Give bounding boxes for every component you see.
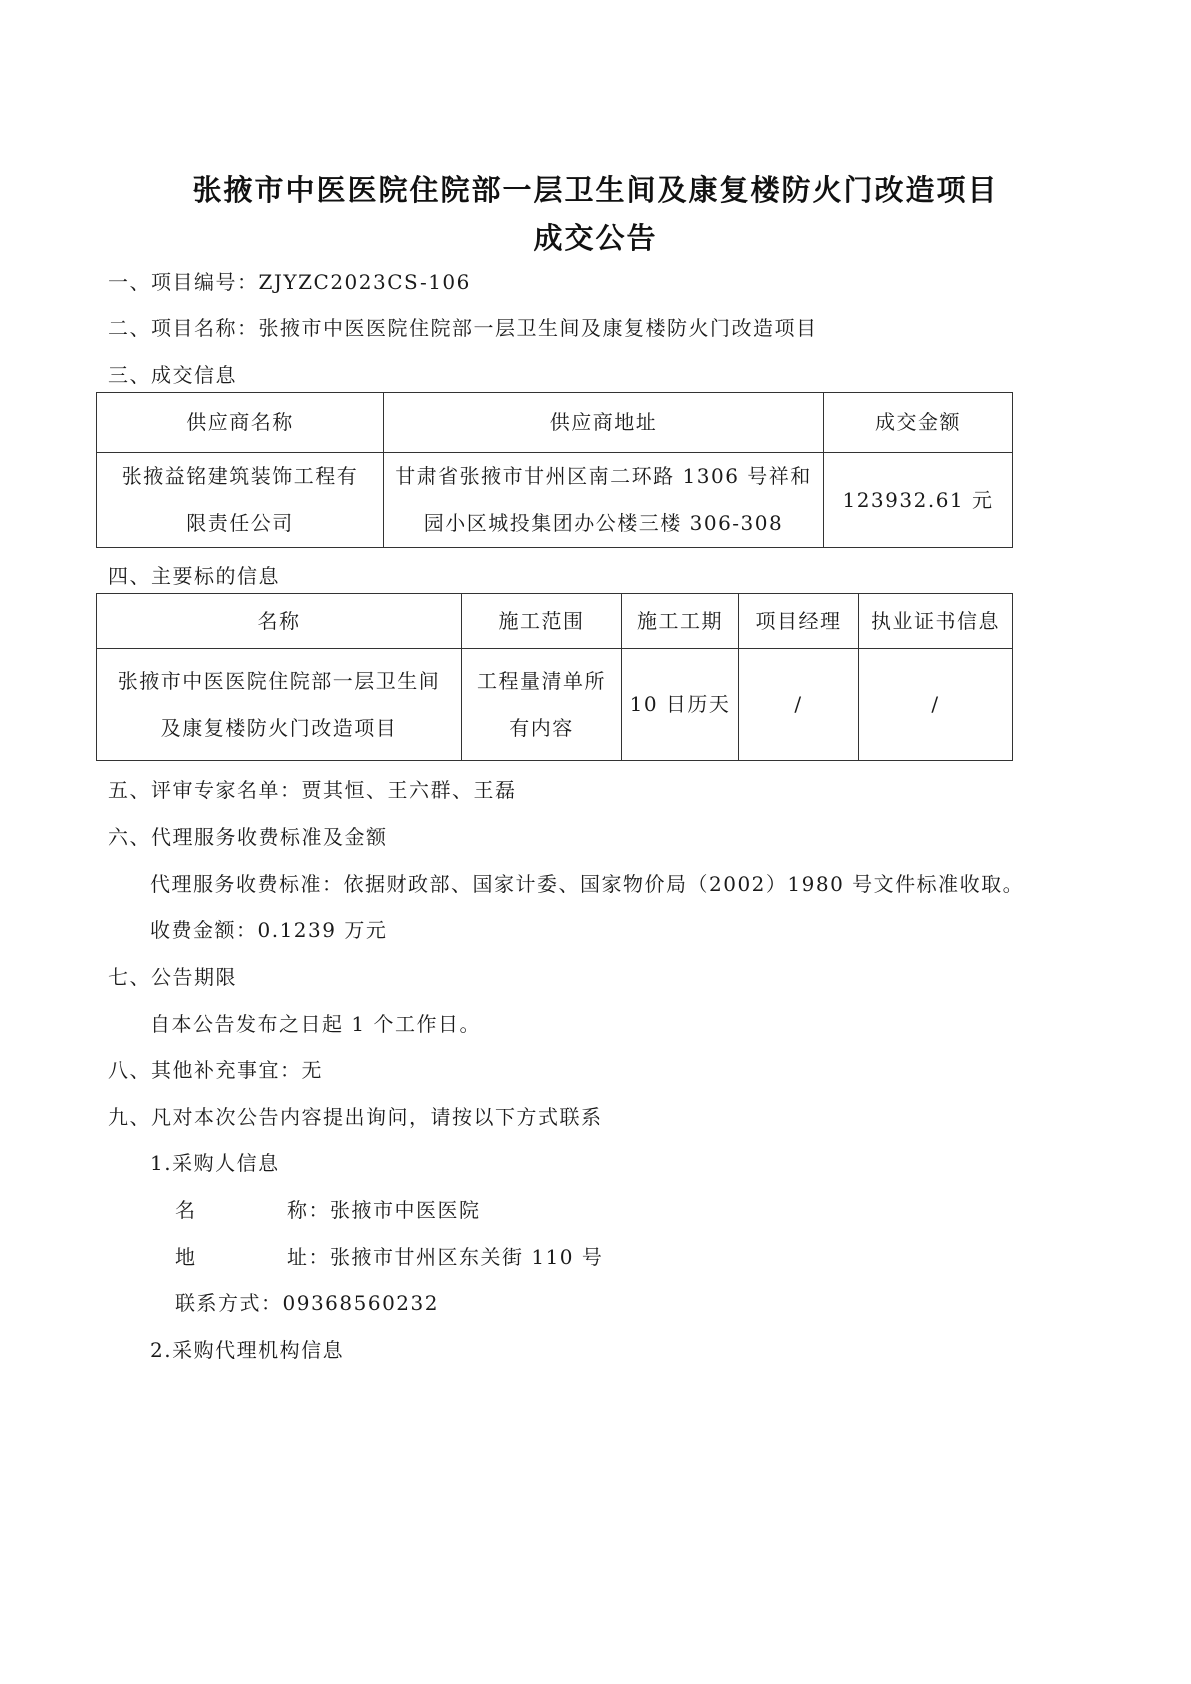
header-certificate: 执业证书信息 [859,594,1013,649]
agency-heading: 2.采购代理机构信息 [150,1338,344,1362]
table-header-row: 名称 施工范围 施工工期 项目经理 执业证书信息 [97,594,1013,649]
review-experts: 五、评审专家名单：贾其恒、王六群、王磊 [108,778,517,802]
section-subject-info: 四、主要标的信息 [108,564,280,588]
section-deal-info: 三、成交信息 [108,363,237,387]
cell-supplier-address: 甘肃省张掖市甘州区南二环路 1306 号祥和 园小区城投集团办公楼三楼 306-… [384,453,824,548]
subject-info-table: 名称 施工范围 施工工期 项目经理 执业证书信息 张掖市中医医院住院部一层卫生间… [96,593,1013,761]
cell-supplier-name: 张掖益铭建筑装饰工程有 限责任公司 [97,453,384,548]
header-supplier-name: 供应商名称 [97,393,384,453]
cell-certificate: / [859,649,1013,761]
cell-subject-name: 张掖市中医医院住院部一层卫生间 及康复楼防火门改造项目 [97,649,462,761]
document-subtitle: 成交公告 [0,216,1191,257]
header-name: 名称 [97,594,462,649]
table-header-row: 供应商名称 供应商地址 成交金额 [97,393,1013,453]
purchaser-heading: 1.采购人信息 [150,1151,280,1175]
deal-info-table: 供应商名称 供应商地址 成交金额 张掖益铭建筑装饰工程有 限责任公司 甘肃省张掖… [96,392,1013,548]
cell-scope: 工程量清单所 有内容 [462,649,622,761]
other-matters: 八、其他补充事宜：无 [108,1058,323,1082]
section-agency-fee: 六、代理服务收费标准及金额 [108,825,388,849]
notice-period-text: 自本公告发布之日起 1 个工作日。 [150,1012,481,1036]
project-name: 二、项目名称：张掖市中医医院住院部一层卫生间及康复楼防火门改造项目 [108,316,818,340]
header-deal-amount: 成交金额 [824,393,1013,453]
purchaser-name: 名称：张掖市中医医院 [175,1198,481,1222]
header-manager: 项目经理 [739,594,859,649]
table-row: 张掖市中医医院住院部一层卫生间 及康复楼防火门改造项目 工程量清单所 有内容 1… [97,649,1013,761]
document-title: 张掖市中医医院住院部一层卫生间及康复楼防火门改造项目 [0,168,1191,209]
fee-standard: 代理服务收费标准：依据财政部、国家计委、国家物价局（2002）1980 号文件标… [150,872,1024,896]
header-period: 施工工期 [622,594,739,649]
announcement-page: 张掖市中医医院住院部一层卫生间及康复楼防火门改造项目 成交公告 一、项目编号：Z… [0,0,1191,1684]
section-notice-period: 七、公告期限 [108,965,237,989]
project-number: 一、项目编号：ZJYZC2023CS-106 [108,270,471,294]
cell-deal-amount: 123932.61 元 [824,453,1013,548]
table-row: 张掖益铭建筑装饰工程有 限责任公司 甘肃省张掖市甘州区南二环路 1306 号祥和… [97,453,1013,548]
purchaser-address: 地址：张掖市甘州区东关街 110 号 [175,1245,603,1269]
section-contact: 九、凡对本次公告内容提出询问，请按以下方式联系 [108,1105,603,1129]
purchaser-contact: 联系方式：09368560232 [175,1291,439,1315]
cell-period: 10 日历天 [622,649,739,761]
fee-amount: 收费金额：0.1239 万元 [150,918,387,942]
cell-manager: / [739,649,859,761]
header-supplier-address: 供应商地址 [384,393,824,453]
header-scope: 施工范围 [462,594,622,649]
